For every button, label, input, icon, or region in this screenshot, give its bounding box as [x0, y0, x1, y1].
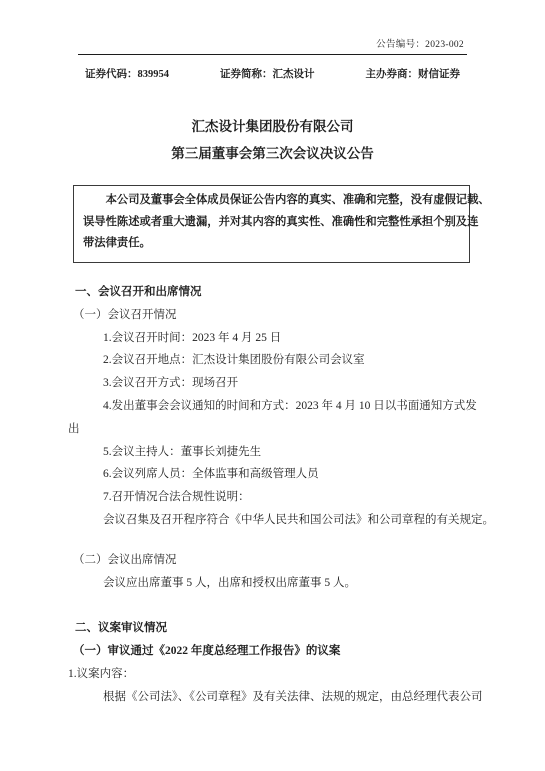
disclaimer-line: 带法律责任。: [83, 233, 460, 255]
proposal-content-label: 1.议案内容：: [68, 663, 478, 686]
section2-sub1-heading: （一）审议通过《2022 年度总经理工作报告》的议案: [68, 640, 478, 663]
legality-statement-text: 会议召集及召开程序符合《中华人民共和国公司法》和公司章程的有关规定。: [68, 509, 478, 532]
disclaimer-line: 本公司及董事会全体成员保证公告内容的真实、准确和完整，没有虚假记载、: [83, 190, 460, 212]
meeting-time: 1.会议召开时间：2023 年 4 月 25 日: [68, 327, 478, 350]
section1-sub1-heading: （一）会议召开情况: [68, 304, 478, 327]
masthead: 证券代码：839954 证券简称：汇杰设计 主办券商：财信证券: [85, 66, 460, 81]
legality-statement-label: 7.召开情况合法合规性说明：: [68, 486, 478, 509]
meeting-host: 5.会议主持人：董事长刘捷先生: [68, 441, 478, 464]
proposal-content-text: 根据《公司法》、《公司章程》及有关法律、法规的规定，由总经理代表公司: [68, 686, 478, 709]
document-title: 汇杰设计集团股份有限公司 第三届董事会第三次会议决议公告: [0, 113, 545, 167]
notice-number: 公告编号：2023-002: [376, 36, 464, 50]
securities-short-name: 证券简称：汇杰设计: [220, 66, 315, 81]
company-name: 汇杰设计集团股份有限公司: [0, 113, 545, 140]
meeting-notice-line1: 4.发出董事会会议通知的时间和方式：2023 年 4 月 10 日以书面通知方式…: [68, 395, 478, 418]
section2-heading: 二、议案审议情况: [68, 617, 478, 640]
announcement-title: 第三届董事会第三次会议决议公告: [0, 140, 545, 167]
section1-sub2-heading: （二）会议出席情况: [68, 549, 478, 572]
disclaimer-box: 本公司及董事会全体成员保证公告内容的真实、准确和完整，没有虚假记载、 误导性陈述…: [73, 185, 470, 263]
securities-code: 证券代码：839954: [85, 66, 169, 81]
meeting-method: 3.会议召开方式：现场召开: [68, 372, 478, 395]
meeting-place: 2.会议召开地点：汇杰设计集团股份有限公司会议室: [68, 349, 478, 372]
sponsor-broker: 主办券商：财信证券: [366, 66, 461, 81]
disclaimer-line: 误导性陈述或者重大遗漏，并对其内容的真实性、准确性和完整性承担个别及连: [83, 212, 460, 234]
header-rule: [78, 54, 467, 55]
announcement-page: 公告编号：2023-002 证券代码：839954 证券简称：汇杰设计 主办券商…: [0, 0, 545, 771]
meeting-attendees: 6.会议列席人员：全体监事和高级管理人员: [68, 463, 478, 486]
meeting-notice-line2: 出: [68, 418, 478, 441]
document-body: 一、会议召开和出席情况 （一）会议召开情况 1.会议召开时间：2023 年 4 …: [68, 281, 478, 709]
attendance-text: 会议应出席董事 5 人，出席和授权出席董事 5 人。: [68, 572, 478, 595]
section1-heading: 一、会议召开和出席情况: [68, 281, 478, 304]
